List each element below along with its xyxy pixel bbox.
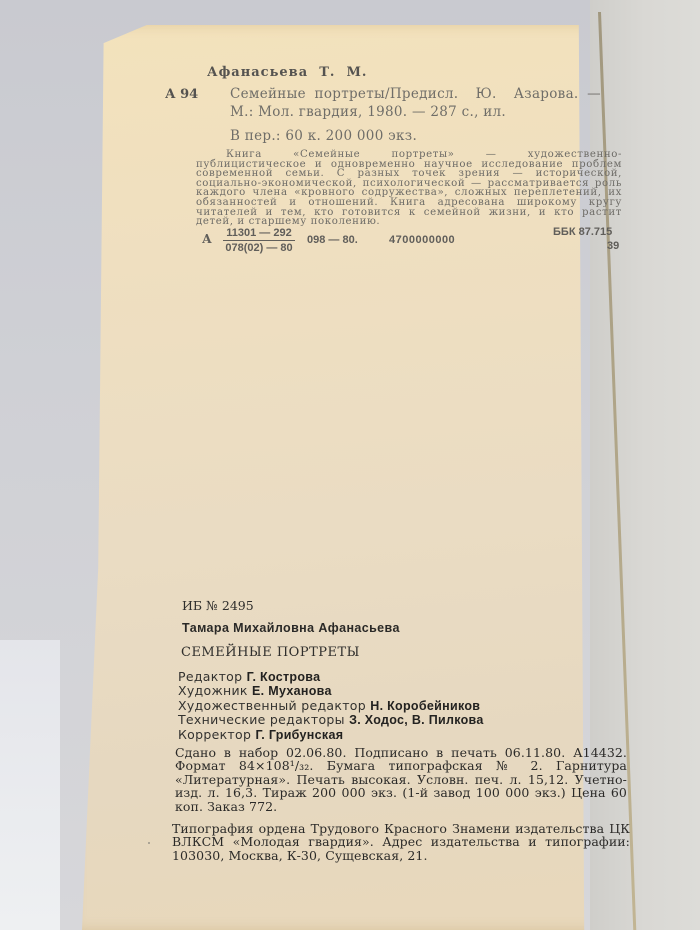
paper-speck	[148, 842, 150, 844]
card-abstract: Книга «Семейные портреты» — художественн…	[196, 150, 622, 227]
card-imprint-line: М.: Мол. гвардия, 1980. — 287 с., ил.	[230, 104, 506, 120]
classification-number: 4700000000	[389, 234, 455, 246]
fraction-denominator: 078(02) — 80	[223, 241, 295, 255]
credit-row: Художественный редактор Н. Коробейников	[178, 699, 484, 713]
author-full-name: Тамара Михайловна Афанасьева	[182, 621, 400, 635]
classification-fraction: 11301 — 292 078(02) — 80	[223, 226, 295, 255]
classification-letter: А	[202, 232, 212, 246]
printer-info: Типография ордена Трудового Красного Зна…	[172, 822, 630, 862]
card-title-line: Семейные портреты/Предисл. Ю. Азарова. —	[230, 86, 601, 102]
card-call-number: А 94	[165, 87, 198, 102]
ib-number: ИБ № 2495	[182, 598, 254, 613]
credit-role: Художественный редактор	[178, 698, 366, 713]
background-surface	[0, 640, 60, 930]
credit-role: Редактор	[178, 669, 242, 684]
book-title: СЕМЕЙНЫЕ ПОРТРЕТЫ	[181, 645, 360, 660]
credit-role: Корректор	[178, 727, 251, 742]
publication-data: Сдано в набор 02.06.80. Подписано в печа…	[175, 746, 627, 813]
bbk-index: ББК 87.715	[553, 226, 612, 238]
bbk-sub-index: 39	[607, 240, 619, 252]
credit-name: Г. Кострова	[247, 670, 321, 684]
credit-name: Е. Муханова	[252, 684, 332, 698]
credit-role: Художник	[178, 683, 248, 698]
credit-role: Технические редакторы	[178, 712, 345, 727]
card-author: Афанасьева Т. М.	[207, 65, 367, 80]
classification-code: 098 — 80.	[307, 234, 358, 246]
credit-row: Редактор Г. Кострова	[178, 670, 484, 684]
credits-list: Редактор Г. Кострова Художник Е. Муханов…	[178, 670, 484, 742]
card-price-line: В пер.: 60 к. 200 000 экз.	[230, 128, 417, 144]
credit-row: Корректор Г. Грибунская	[178, 728, 484, 742]
fraction-numerator: 11301 — 292	[223, 226, 295, 241]
credit-name: З. Ходос, В. Пилкова	[349, 713, 484, 727]
credit-row: Художник Е. Муханова	[178, 684, 484, 698]
credit-row: Технические редакторы З. Ходос, В. Пилко…	[178, 713, 484, 727]
credit-name: Г. Грибунская	[255, 728, 343, 742]
credit-name: Н. Коробейников	[370, 699, 480, 713]
